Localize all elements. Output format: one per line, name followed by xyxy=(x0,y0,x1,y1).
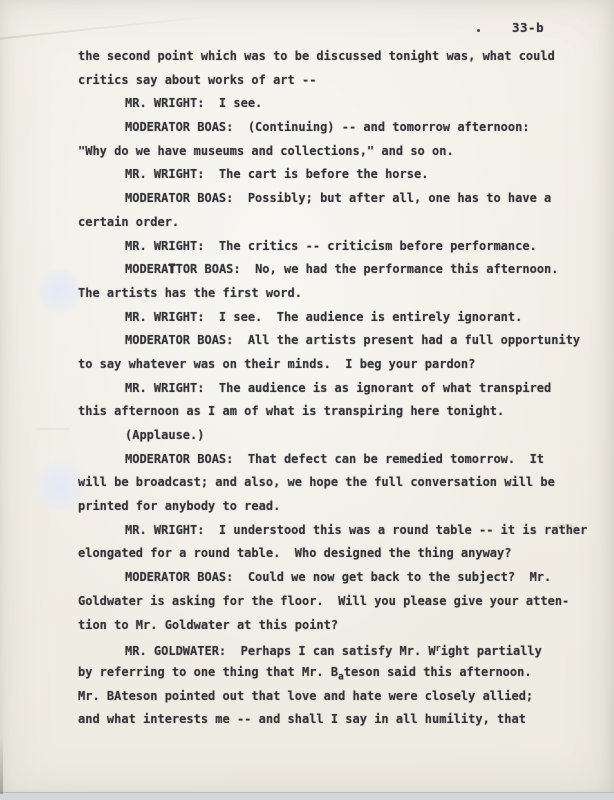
transcript-line: MODERATOR BOAS: All the artists present … xyxy=(78,329,598,353)
transcript-line: tion to Mr. Goldwater at this point? xyxy=(78,614,598,638)
typed-correction: T xyxy=(168,262,175,276)
transcript-line: MR. WRIGHT: The cart is before the horse… xyxy=(78,163,598,187)
transcript-line: MODERATOR BOAS: Could we now get back to… xyxy=(78,566,598,590)
paper-crease xyxy=(0,13,229,40)
page-number: 33-b xyxy=(512,20,544,35)
transcript-line: MR. WRIGHT: I see. xyxy=(78,92,598,116)
transcript-line: MODERATOR BOAS: Possibly; but after all,… xyxy=(78,187,598,211)
transcript-line: and what interests me -- and shall I say… xyxy=(78,708,598,732)
transcript-line: MR. WRIGHT: The audience is as ignorant … xyxy=(78,377,598,401)
transcript-line: elongated for a round table. Who designe… xyxy=(78,542,598,566)
transcript-line: Goldwater is asking for the floor. Will … xyxy=(78,590,598,614)
transcript-line: by referring to one thing that Mr. Bates… xyxy=(78,661,598,685)
transcript-line: MR. GOLDWATER: Perhaps I can satisfy Mr.… xyxy=(78,637,598,661)
transcript-line: printed for anybody to read. xyxy=(78,495,598,519)
transcript-line: MODERATOR BOAS: That defect can be remed… xyxy=(78,448,598,472)
transcript-line: the second point which was to be discuss… xyxy=(78,45,598,69)
transcript-line: critics say about works of art -- xyxy=(78,69,598,93)
ink-smudge xyxy=(36,428,70,430)
transcript-line: (Applause.) xyxy=(78,424,598,448)
transcript-line: will be broadcast; and also, we hope the… xyxy=(78,471,598,495)
transcript-line: MR. WRIGHT: I understood this was a roun… xyxy=(78,519,598,543)
transcript-line: certain order. xyxy=(78,211,598,235)
ink-dot xyxy=(477,29,480,32)
paper-hole-mark xyxy=(36,268,82,314)
transcript-line: this afternoon as I am of what is transp… xyxy=(78,400,598,424)
transcript-line: Mr. BAteson pointed out that love and ha… xyxy=(78,685,598,709)
transcript-line: MODERATOR BOAS: (Continuing) -- and tomo… xyxy=(78,116,598,140)
scanned-transcript-page: 33-b the second point which was to be di… xyxy=(0,0,614,800)
transcript-line: MODERATTOR BOAS: No, we had the performa… xyxy=(78,258,598,282)
transcript-line: "Why do we have museums and collections,… xyxy=(78,140,598,164)
transcript-line: The artists has the first word. xyxy=(78,282,598,306)
transcript-line: to say whatever was on their minds. I be… xyxy=(78,353,598,377)
transcript-line: MR. WRIGHT: I see. The audience is entir… xyxy=(78,306,598,330)
transcript-lines: the second point which was to be discuss… xyxy=(78,45,598,732)
scan-corner-shadow xyxy=(0,734,3,794)
scan-bottom-edge xyxy=(0,792,614,800)
typed-correction: r xyxy=(436,643,441,653)
typed-correction: a xyxy=(338,671,344,682)
transcript-line: MR. WRIGHT: The critics -- criticism bef… xyxy=(78,235,598,259)
